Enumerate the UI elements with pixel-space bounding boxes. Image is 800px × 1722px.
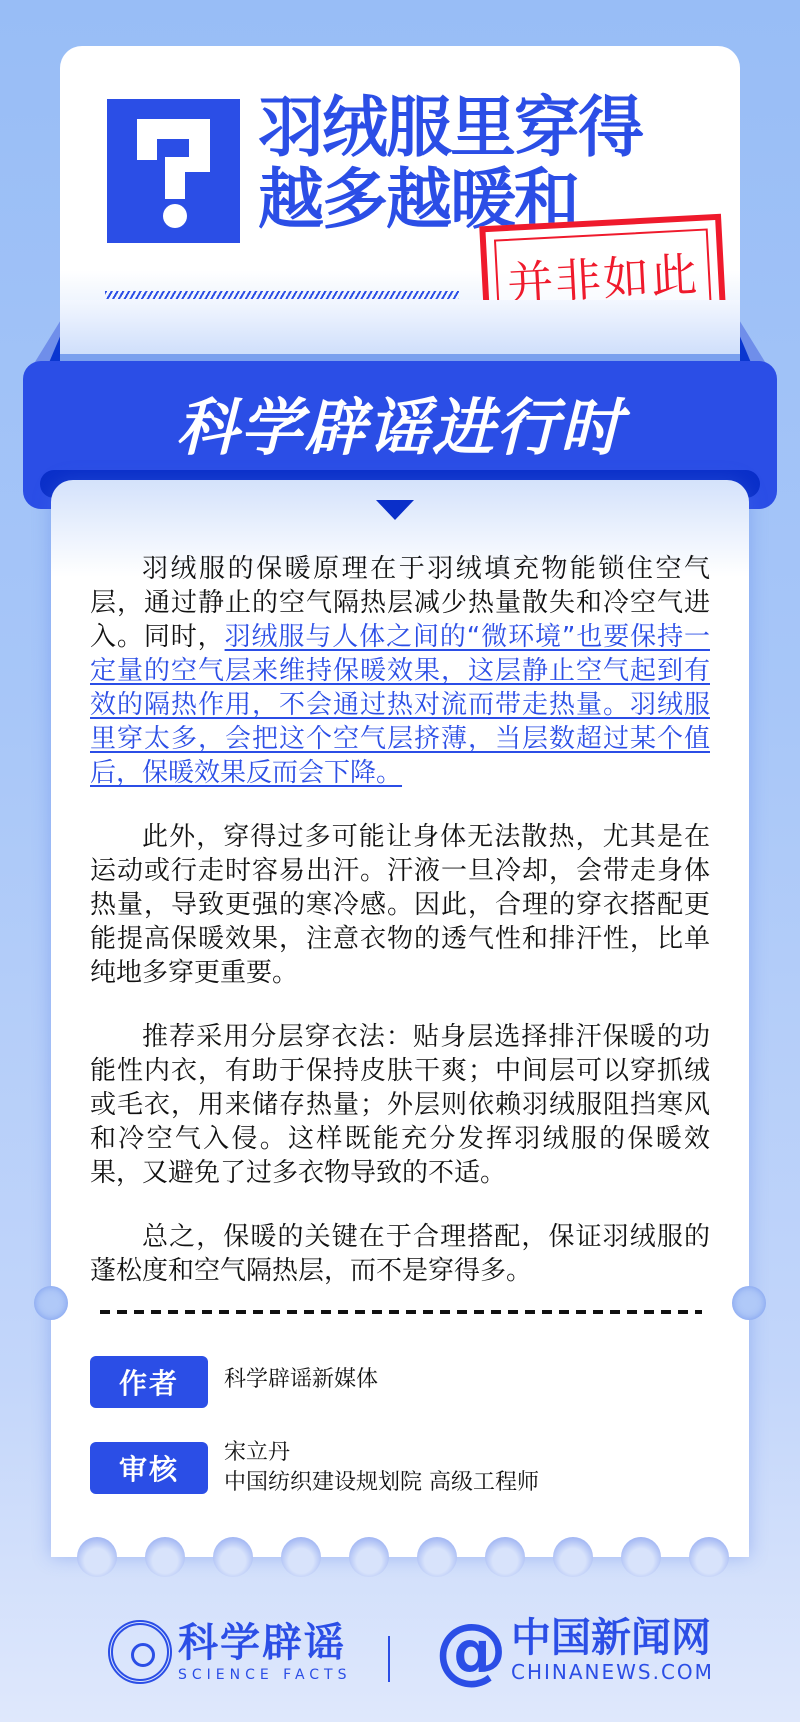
scallop [485, 1537, 525, 1577]
logo-divider [388, 1636, 390, 1682]
chinanews-logo: @ 中国新闻网 CHINANEWS.COM [435, 1614, 714, 1686]
science-facts-en: SCIENCE FACTS [178, 1667, 352, 1683]
paragraph-4: 总之，保暖的关键在于合理搭配，保证羽绒服的蓬松度和空气隔热层，而不是穿得多。 [90, 1220, 710, 1288]
author-badge: 作者 [90, 1356, 208, 1408]
scallop [281, 1537, 321, 1577]
review-credit: 审核 宋立丹 中国纺织建设规划院 高级工程师 [90, 1442, 539, 1498]
down-arrow-icon [376, 500, 414, 520]
paragraph-1: 羽绒服的保暖原理在于羽绒填充物能锁住空气层，通过静止的空气隔热层减少热量散失和冷… [90, 552, 710, 790]
reviewer-name: 宋立丹 [224, 1438, 539, 1468]
reviewer-title: 中国纺织建设规划院 高级工程师 [224, 1468, 539, 1498]
author-value: 科学辟谣新媒体 [224, 1356, 378, 1395]
science-facts-emblem-icon [108, 1620, 172, 1684]
ticket-notch-right [732, 1286, 766, 1320]
article-body: 羽绒服的保暖原理在于羽绒填充物能锁住空气层，通过静止的空气隔热层减少热量散失和冷… [90, 552, 710, 1318]
scallop [77, 1537, 117, 1577]
footer: 科学辟谣 SCIENCE FACTS @ 中国新闻网 CHINANEWS.COM [0, 1600, 800, 1680]
question-mark-icon [107, 99, 240, 243]
scallop [553, 1537, 593, 1577]
review-badge: 审核 [90, 1442, 208, 1494]
paragraph-2: 此外，穿得过多可能让身体无法散热，尤其是在运动或行走时容易出汗。汗液一旦冷却，会… [90, 820, 710, 990]
decorative-hatch-line [105, 291, 459, 299]
at-sign-icon: @ [435, 1614, 507, 1686]
chinanews-en: CHINANEWS.COM [511, 1660, 714, 1684]
review-value: 宋立丹 中国纺织建设规划院 高级工程师 [224, 1438, 539, 1498]
ticket-notch-left [34, 1286, 68, 1320]
title-line-1: 羽绒服里穿得 [258, 92, 642, 164]
paragraph-3: 推荐采用分层穿衣法：贴身层选择排汗保暖的功能性内衣，有助于保持皮肤干爽；中间层可… [90, 1020, 710, 1190]
chinanews-cn: 中国新闻网 [511, 1616, 714, 1660]
scallop [213, 1537, 253, 1577]
scallop [417, 1537, 457, 1577]
author-credit: 作者 科学辟谣新媒体 [90, 1356, 378, 1408]
page-title: 羽绒服里穿得 越多越暖和 [258, 92, 642, 236]
scallop [145, 1537, 185, 1577]
science-facts-cn: 科学辟谣 [178, 1621, 352, 1665]
scallop [689, 1537, 729, 1577]
dashed-divider [100, 1310, 702, 1314]
banner-title: 科学辟谣进行时 [0, 378, 800, 467]
science-facts-logo: 科学辟谣 SCIENCE FACTS [108, 1620, 352, 1684]
scallop [621, 1537, 661, 1577]
scallop [349, 1537, 389, 1577]
